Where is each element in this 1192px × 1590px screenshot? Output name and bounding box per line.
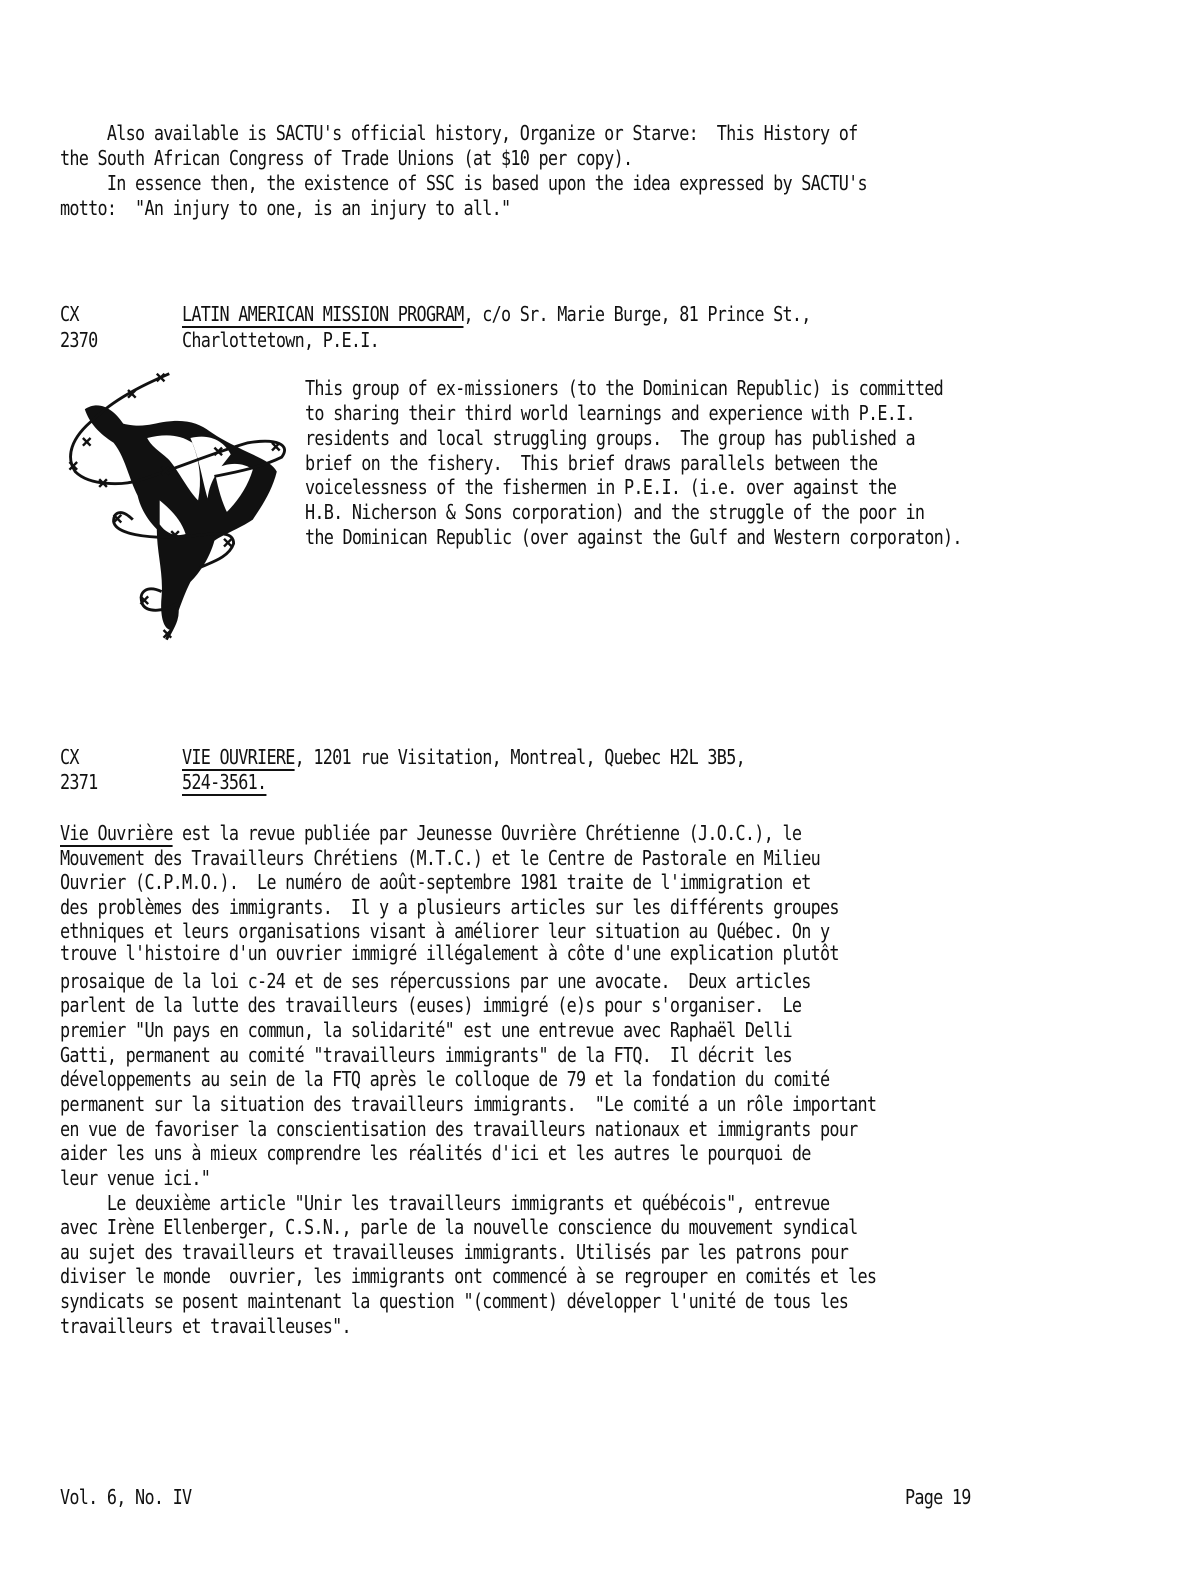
description-line: des problèmes des immigrants. Il y a plu… (60, 897, 839, 918)
publication-title: Vie Ouvrière (60, 821, 173, 845)
description-line: Le deuxième article "Unir les travailleu… (60, 1193, 829, 1214)
description-line: développements au sein de la FTQ après l… (60, 1069, 829, 1090)
description-line: syndicats se posent maintenant la questi… (60, 1291, 848, 1312)
description-line: diviser le monde ouvrier, les immigrants… (60, 1266, 876, 1287)
description-line: prosaique de la loi c-24 et de ses réper… (60, 971, 811, 992)
entry-code-number: 2370 (60, 330, 98, 351)
intro-line: the South African Congress of Trade Unio… (60, 148, 632, 169)
description-line: trouve l'histoire d'un ouvrier immigré i… (60, 943, 839, 964)
intro-line: In essence then, the existence of SSC is… (60, 173, 867, 194)
entry-heading-line1: LATIN AMERICAN MISSION PROGRAM, c/o Sr. … (182, 304, 811, 325)
south-america-rose-barbed-wire-icon (56, 360, 296, 660)
entry-code-number: 2371 (60, 772, 98, 793)
organization-name: LATIN AMERICAN MISSION PROGRAM (182, 302, 463, 326)
description-line: avec Irène Ellenberger, C.S.N., parle de… (60, 1217, 858, 1238)
description-line: H.B. Nicherson & Sons corporation) and t… (305, 502, 924, 523)
description-line: Vie Ouvrière est la revue publiée par Je… (60, 823, 801, 844)
entry-code-prefix: CX (60, 304, 79, 325)
organization-name: VIE OUVRIERE (182, 745, 295, 769)
description-line: Gatti, permanent au comité "travailleurs… (60, 1045, 792, 1066)
organization-address-line2: Charlottetown, P.E.I. (182, 330, 379, 351)
description-line: parlent de la lutte des travailleurs (eu… (60, 995, 801, 1016)
description-line: leur venue ici." (60, 1168, 210, 1189)
description-line: en vue de favoriser la conscientisation … (60, 1119, 858, 1140)
entry-heading-line1: VIE OUVRIERE, 1201 rue Visitation, Montr… (182, 747, 745, 768)
footer-page-number: Page 19 (905, 1487, 971, 1508)
description-line: the Dominican Republic (over against the… (305, 527, 962, 548)
description-line: This group of ex-missioners (to the Domi… (305, 378, 943, 399)
intro-line: Also available is SACTU's official histo… (60, 123, 858, 144)
description-line: to sharing their third world learnings a… (305, 403, 915, 424)
description-line: permanent sur la situation des travaille… (60, 1094, 876, 1115)
organization-phone: 524-3561. (182, 772, 266, 793)
intro-line: motto: "An injury to one, is an injury t… (60, 198, 510, 219)
organization-address: , 1201 rue Visitation, Montreal, Quebec … (295, 745, 745, 769)
description-line: brief on the fishery. This brief draws p… (305, 453, 877, 474)
description-line: ethniques et leurs organisations visant … (60, 921, 829, 942)
description-line: Ouvrier (C.P.M.O.). Le numéro de août-se… (60, 872, 811, 893)
description-line: voicelessness of the fishermen in P.E.I.… (305, 477, 896, 498)
description-line: residents and local struggling groups. T… (305, 428, 915, 449)
description-line: Mouvement des Travailleurs Chrétiens (M.… (60, 848, 820, 869)
footer-volume: Vol. 6, No. IV (60, 1487, 191, 1508)
description-line: aider les uns à mieux comprendre les réa… (60, 1143, 811, 1164)
organization-address: , c/o Sr. Marie Burge, 81 Prince St., (463, 302, 810, 326)
description-line: au sujet des travailleurs et travailleus… (60, 1242, 848, 1263)
entry-code-prefix: CX (60, 747, 79, 768)
description-line: travailleurs et travailleuses". (60, 1316, 351, 1337)
description-line: premier "Un pays en commun, la solidarit… (60, 1020, 792, 1041)
